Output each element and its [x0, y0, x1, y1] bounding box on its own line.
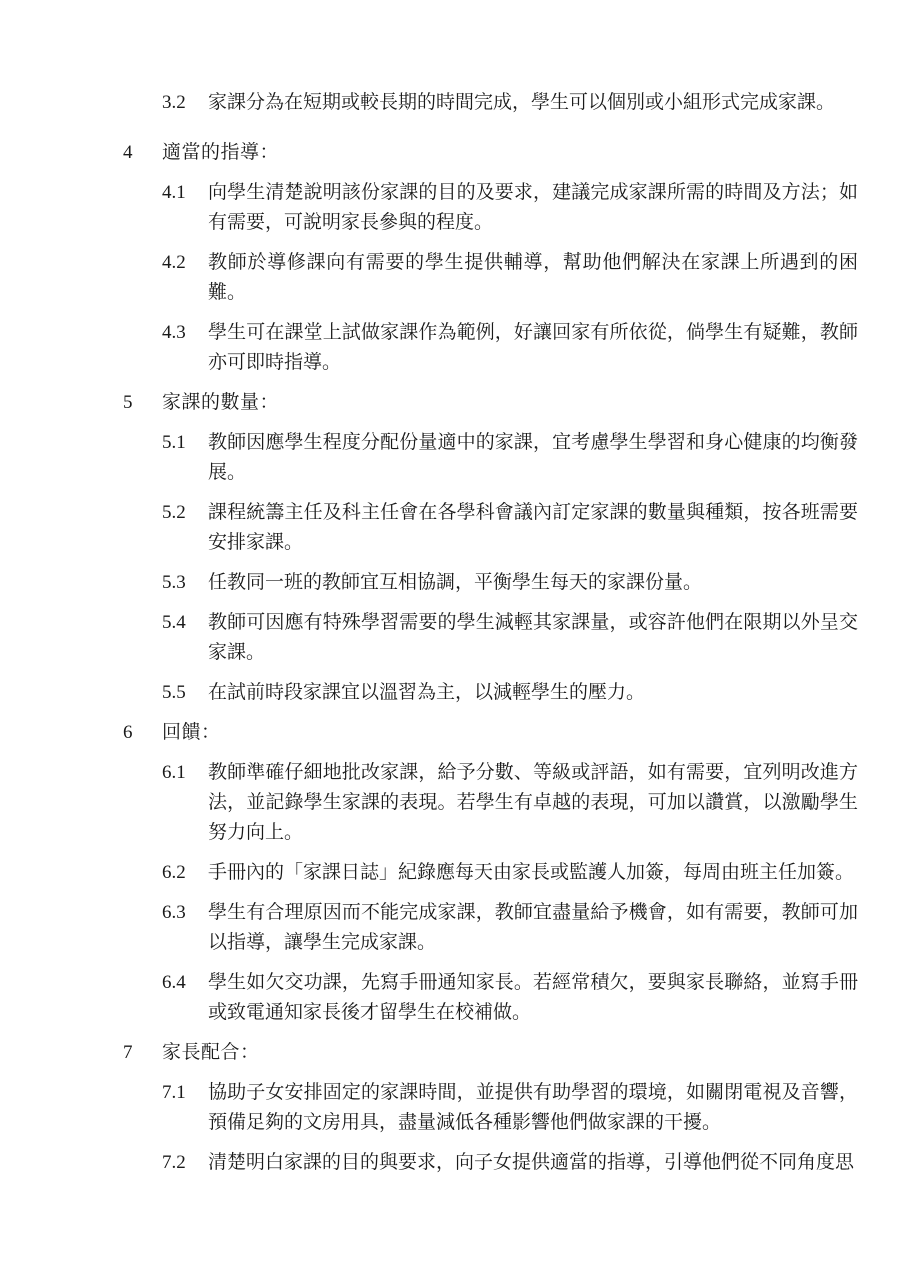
item-number: 5.5: [162, 678, 208, 708]
item-number: 6.1: [162, 758, 208, 848]
section-number: 6: [123, 718, 162, 748]
section-heading: 7 家長配合：: [123, 1038, 905, 1068]
item-number: 7.1: [162, 1078, 208, 1138]
list-item: 6.2 手冊內的「家課日誌」紀錄應每天由家長或監護人加簽，每周由班主任加簽。: [162, 858, 905, 888]
item-number: 5.2: [162, 498, 208, 558]
item-text: 學生有合理原因而不能完成家課，教師宜盡量給予機會，如有需要，教師可加以指導，讓學…: [208, 898, 858, 958]
list-item: 7.1 協助子女安排固定的家課時間，並提供有助學習的環境，如關閉電視及音響，預備…: [162, 1078, 905, 1138]
section-title: 適當的指導：: [162, 138, 279, 168]
section-title: 回饋：: [162, 718, 221, 748]
item-text: 教師可因應有特殊學習需要的學生減輕其家課量，或容許他們在限期以外呈交家課。: [208, 608, 858, 668]
item-number: 4.1: [162, 178, 208, 238]
item-text: 在試前時段家課宜以溫習為主，以減輕學生的壓力。: [208, 678, 858, 708]
list-item: 4.1 向學生清楚說明該份家課的目的及要求，建議完成家課所需的時間及方法；如有需…: [162, 178, 905, 238]
section-heading: 5 家課的數量：: [123, 388, 905, 418]
item-text: 任教同一班的教師宜互相協調，平衡學生每天的家課份量。: [208, 568, 858, 598]
item-text: 家課分為在短期或較長期的時間完成，學生可以個別或小組形式完成家課。: [208, 88, 858, 118]
section-number: 7: [123, 1038, 162, 1068]
item-text: 教師於導修課向有需要的學生提供輔導，幫助他們解決在家課上所遇到的困難。: [208, 248, 858, 308]
document-page: 3.2 家課分為在短期或較長期的時間完成，學生可以個別或小組形式完成家課。 4 …: [0, 0, 905, 1280]
item-text: 教師因應學生程度分配份量適中的家課，宜考慮學生學習和身心健康的均衡發展。: [208, 428, 858, 488]
item-text: 清楚明白家課的目的與要求，向子女提供適當的指導，引導他們從不同角度思: [208, 1148, 858, 1178]
document-content: 3.2 家課分為在短期或較長期的時間完成，學生可以個別或小組形式完成家課。 4 …: [0, 0, 905, 1178]
item-number: 4.2: [162, 248, 208, 308]
item-number: 6.2: [162, 858, 208, 888]
item-text: 向學生清楚說明該份家課的目的及要求，建議完成家課所需的時間及方法；如有需要，可說…: [208, 178, 858, 238]
list-item: 6.4 學生如欠交功課，先寫手冊通知家長。若經常積欠，要與家長聯絡，並寫手冊或致…: [162, 968, 905, 1028]
list-item: 5.2 課程統籌主任及科主任會在各學科會議內訂定家課的數量與種類，按各班需要安排…: [162, 498, 905, 558]
list-item: 7.2 清楚明白家課的目的與要求，向子女提供適當的指導，引導他們從不同角度思: [162, 1148, 905, 1178]
list-item: 5.4 教師可因應有特殊學習需要的學生減輕其家課量，或容許他們在限期以外呈交家課…: [162, 608, 905, 668]
item-number: 4.3: [162, 318, 208, 378]
list-item: 4.3 學生可在課堂上試做家課作為範例，好讓回家有所依從，倘學生有疑難，教師亦可…: [162, 318, 905, 378]
item-text: 課程統籌主任及科主任會在各學科會議內訂定家課的數量與種類，按各班需要安排家課。: [208, 498, 858, 558]
list-item: 4.2 教師於導修課向有需要的學生提供輔導，幫助他們解決在家課上所遇到的困難。: [162, 248, 905, 308]
item-number: 5.4: [162, 608, 208, 668]
section-heading: 4 適當的指導：: [123, 138, 905, 168]
item-number: 6.4: [162, 968, 208, 1028]
list-item: 3.2 家課分為在短期或較長期的時間完成，學生可以個別或小組形式完成家課。: [162, 88, 905, 118]
item-number: 3.2: [162, 88, 208, 118]
item-text: 學生如欠交功課，先寫手冊通知家長。若經常積欠，要與家長聯絡，並寫手冊或致電通知家…: [208, 968, 858, 1028]
section-title: 家課的數量：: [162, 388, 279, 418]
list-item: 5.3 任教同一班的教師宜互相協調，平衡學生每天的家課份量。: [162, 568, 905, 598]
section-number: 4: [123, 138, 162, 168]
item-number: 5.1: [162, 428, 208, 488]
item-number: 7.2: [162, 1148, 208, 1178]
list-item: 5.5 在試前時段家課宜以溫習為主，以減輕學生的壓力。: [162, 678, 905, 708]
item-text: 教師準確仔細地批改家課，給予分數、等級或評語，如有需要，宜列明改進方法，並記錄學…: [208, 758, 858, 848]
section-number: 5: [123, 388, 162, 418]
item-text: 手冊內的「家課日誌」紀錄應每天由家長或監護人加簽，每周由班主任加簽。: [208, 858, 858, 888]
list-item: 6.3 學生有合理原因而不能完成家課，教師宜盡量給予機會，如有需要，教師可加以指…: [162, 898, 905, 958]
section-heading: 6 回饋：: [123, 718, 905, 748]
item-text: 協助子女安排固定的家課時間，並提供有助學習的環境，如關閉電視及音響，預備足夠的文…: [208, 1078, 858, 1138]
section-title: 家長配合：: [162, 1038, 260, 1068]
item-number: 5.3: [162, 568, 208, 598]
list-item: 5.1 教師因應學生程度分配份量適中的家課，宜考慮學生學習和身心健康的均衡發展。: [162, 428, 905, 488]
item-number: 6.3: [162, 898, 208, 958]
list-item: 6.1 教師準確仔細地批改家課，給予分數、等級或評語，如有需要，宜列明改進方法，…: [162, 758, 905, 848]
item-text: 學生可在課堂上試做家課作為範例，好讓回家有所依從，倘學生有疑難，教師亦可即時指導…: [208, 318, 858, 378]
